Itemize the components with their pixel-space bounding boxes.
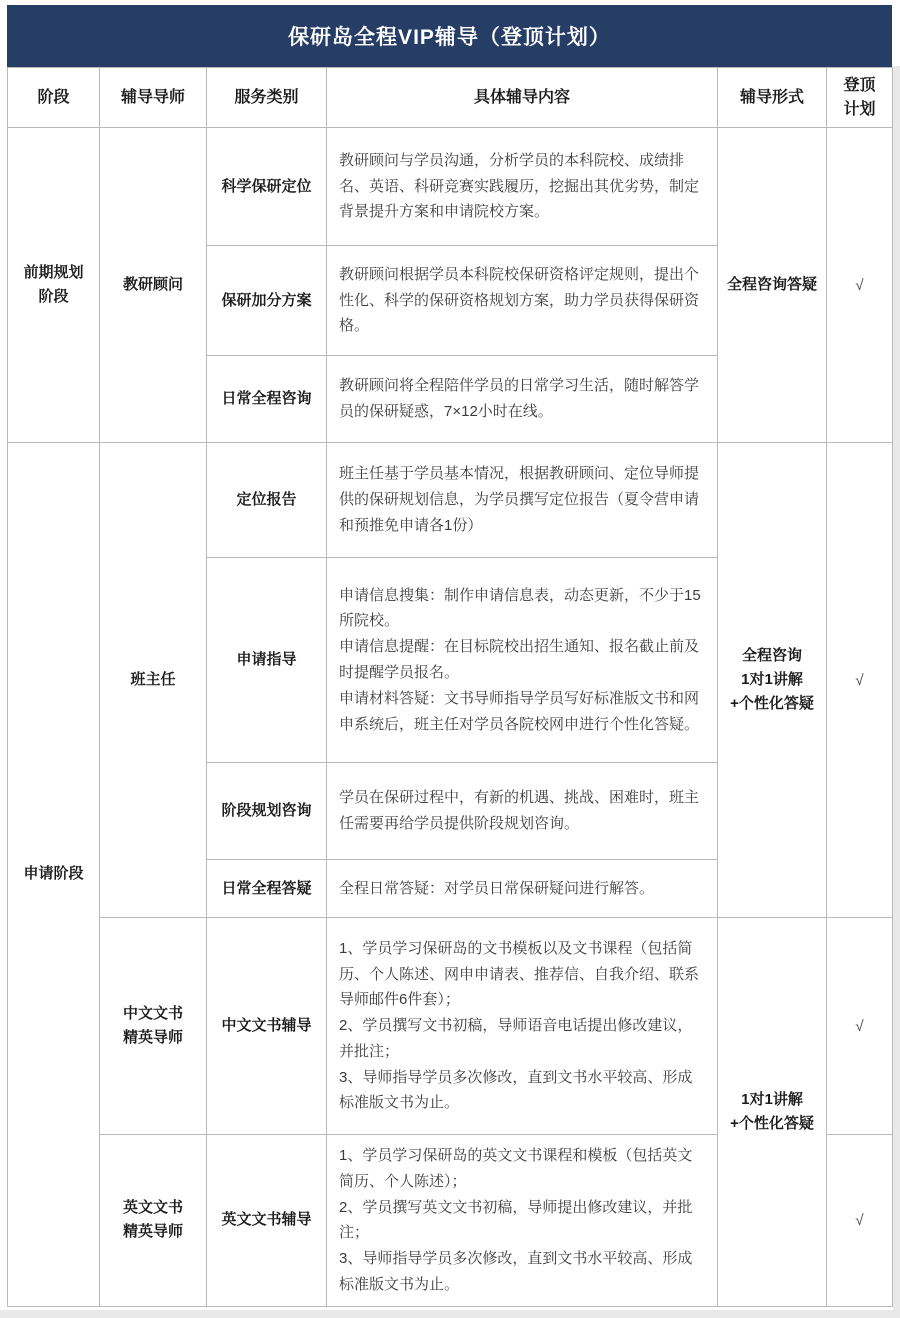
content-cell: 申请信息搜集：制作申请信息表，动态更新，不少于15所院校。 申请信息提醒：在目标… [327,558,718,763]
content-cell: 1、学员学习保研岛的英文文书课程和模板（包括英文简历、个人陈述）； 2、学员撰写… [327,1135,718,1307]
col-header-category: 服务类别 [207,68,327,128]
col-header-plan: 登顶 计划 [827,68,893,128]
category-cell: 申请指导 [207,558,327,763]
table-row: 中文文书 精英导师 中文文书辅导 1、学员学习保研岛的文书模板以及文书课程（包括… [8,918,893,1135]
vip-program-table: 保研岛全程VIP辅导（登顶计划） 阶段 辅导导师 服务类别 具体辅导内容 辅导形… [7,5,892,1307]
col-header-format: 辅导形式 [718,68,827,128]
table-row: 申请阶段 班主任 定位报告 班主任基于学员基本情况，根据教研顾问、定位导师提供的… [8,443,893,558]
tutor-cell-head-teacher: 班主任 [100,443,207,918]
category-cell: 保研加分方案 [207,246,327,356]
col-header-tutor: 辅导导师 [100,68,207,128]
check-cell: √ [827,128,893,443]
check-cell: √ [827,918,893,1135]
program-table: 阶段 辅导导师 服务类别 具体辅导内容 辅导形式 登顶 计划 前期规划 阶段 教… [7,67,893,1307]
content-cell: 教研顾问根据学员本科院校保研资格评定规则，提出个性化、科学的保研资格规划方案，助… [327,246,718,356]
page-edge-bottom [0,1310,900,1318]
content-cell: 学员在保研过程中，有新的机遇、挑战、困难时，班主任需要再给学员提供阶段规划咨询。 [327,763,718,860]
content-cell: 教研顾问将全程陪伴学员的日常学习生活，随时解答学员的保研疑惑，7×12小时在线。 [327,356,718,443]
category-cell: 日常全程咨询 [207,356,327,443]
content-cell: 教研顾问与学员沟通，分析学员的本科院校、成绩排名、英语、科研竞赛实践履历，挖掘出… [327,128,718,246]
page-title: 保研岛全程VIP辅导（登顶计划） [288,21,611,51]
content-cell: 1、学员学习保研岛的文书模板以及文书课程（包括简历、个人陈述、网申申请表、推荐信… [327,918,718,1135]
category-cell: 阶段规划咨询 [207,763,327,860]
category-cell: 英文文书辅导 [207,1135,327,1307]
category-cell: 中文文书辅导 [207,918,327,1135]
content-cell: 班主任基于学员基本情况，根据教研顾问、定位导师提供的保研规划信息，为学员撰写定位… [327,443,718,558]
category-cell: 日常全程答疑 [207,860,327,918]
format-cell: 全程咨询 1对1讲解 +个性化答疑 [718,443,827,918]
col-header-content: 具体辅导内容 [327,68,718,128]
page-edge-right [893,66,900,1318]
stage-cell-planning: 前期规划 阶段 [8,128,100,443]
category-cell: 定位报告 [207,443,327,558]
table-row: 前期规划 阶段 教研顾问 科学保研定位 教研顾问与学员沟通，分析学员的本科院校、… [8,128,893,246]
stage-cell-application: 申请阶段 [8,443,100,1307]
content-cell: 全程日常答疑：对学员日常保研疑问进行解答。 [327,860,718,918]
table-title-bar: 保研岛全程VIP辅导（登顶计划） [7,5,892,67]
check-cell: √ [827,443,893,918]
format-cell: 全程咨询答疑 [718,128,827,443]
format-cell: 1对1讲解 +个性化答疑 [718,918,827,1307]
col-header-stage: 阶段 [8,68,100,128]
category-cell: 科学保研定位 [207,128,327,246]
tutor-cell-cn-doc-mentor: 中文文书 精英导师 [100,918,207,1135]
check-cell: √ [827,1135,893,1307]
tutor-cell-research-advisor: 教研顾问 [100,128,207,443]
header-row: 阶段 辅导导师 服务类别 具体辅导内容 辅导形式 登顶 计划 [8,68,893,128]
tutor-cell-en-doc-mentor: 英文文书 精英导师 [100,1135,207,1307]
